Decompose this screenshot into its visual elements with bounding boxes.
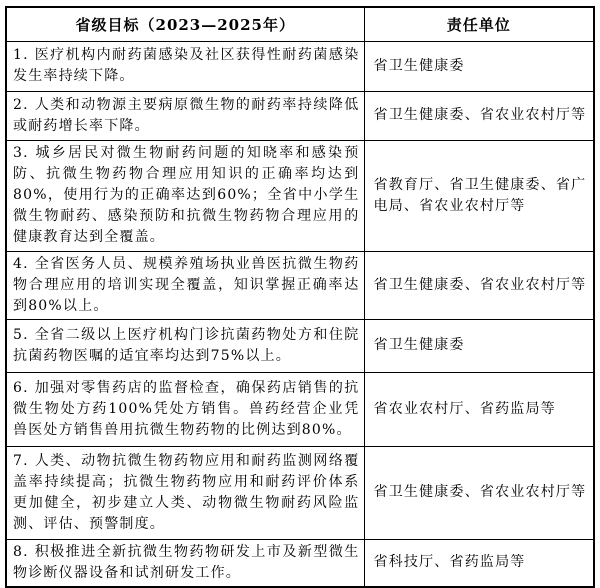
unit-cell-6: 省农业农村厅、省药监局等 <box>364 372 594 446</box>
table-row: 6. 加强对零售药店的监督检查，确保药店销售的抗微生物处方药100%凭处方销售。… <box>6 372 594 446</box>
table-row: 8. 积极推进全新抗微生物药物研发上市及新型微生物诊断仪器设备和试剂研发工作。 … <box>6 539 594 587</box>
unit-cell-1: 省卫生健康委 <box>364 41 594 91</box>
unit-cell-7: 省卫生健康委、省农业农村厅等 <box>364 446 594 539</box>
provincial-goals-table-container: 省级目标（2023—2025年） 责任单位 1. 医疗机构内耐药菌感染及社区获得… <box>5 6 595 588</box>
table-row: 1. 医疗机构内耐药菌感染及社区获得性耐药菌感染发生率持续下降。 省卫生健康委 <box>6 41 594 91</box>
unit-cell-2: 省卫生健康委、省农业农村厅等 <box>364 91 594 140</box>
table-row: 2. 人类和动物源主要病原微生物的耐药率持续降低或耐药增长率下降。 省卫生健康委… <box>6 91 594 140</box>
goal-cell-7: 7. 人类、动物抗微生物药物应用和耐药监测网络覆盖率持续提高；抗微生物药物应用和… <box>6 446 364 539</box>
goal-cell-1: 1. 医疗机构内耐药菌感染及社区获得性耐药菌感染发生率持续下降。 <box>6 41 364 91</box>
goal-cell-6: 6. 加强对零售药店的监督检查，确保药店销售的抗微生物处方药100%凭处方销售。… <box>6 372 364 446</box>
goal-cell-5: 5. 全省二级以上医疗机构门诊抗菌药物处方和住院抗菌药物医嘱的适宜率均达到75%… <box>6 319 364 372</box>
header-provincial-goals: 省级目标（2023—2025年） <box>6 7 364 41</box>
unit-cell-4: 省卫生健康委、省农业农村厅等 <box>364 251 594 319</box>
goal-cell-8: 8. 积极推进全新抗微生物药物研发上市及新型微生物诊断仪器设备和试剂研发工作。 <box>6 539 364 587</box>
unit-cell-5: 省卫生健康委 <box>364 319 594 372</box>
header-row: 省级目标（2023—2025年） 责任单位 <box>6 7 594 41</box>
provincial-goals-table: 省级目标（2023—2025年） 责任单位 1. 医疗机构内耐药菌感染及社区获得… <box>5 6 595 588</box>
table-row: 3. 城乡居民对微生物耐药问题的知晓率和感染预防、抗微生物药物合理应用知识的正确… <box>6 140 594 251</box>
unit-cell-3: 省教育厅、省卫生健康委、省广电局、省农业农村厅等 <box>364 140 594 251</box>
table-row: 7. 人类、动物抗微生物药物应用和耐药监测网络覆盖率持续提高；抗微生物药物应用和… <box>6 446 594 539</box>
unit-cell-8: 省科技厅、省药监局等 <box>364 539 594 587</box>
goal-cell-3: 3. 城乡居民对微生物耐药问题的知晓率和感染预防、抗微生物药物合理应用知识的正确… <box>6 140 364 251</box>
goal-cell-4: 4. 全省医务人员、规模养殖场执业兽医抗微生物药物合理应用的培训实现全覆盖，知识… <box>6 251 364 319</box>
table-row: 5. 全省二级以上医疗机构门诊抗菌药物处方和住院抗菌药物医嘱的适宜率均达到75%… <box>6 319 594 372</box>
goal-cell-2: 2. 人类和动物源主要病原微生物的耐药率持续降低或耐药增长率下降。 <box>6 91 364 140</box>
header-responsible-unit: 责任单位 <box>364 7 594 41</box>
table-row: 4. 全省医务人员、规模养殖场执业兽医抗微生物药物合理应用的培训实现全覆盖，知识… <box>6 251 594 319</box>
